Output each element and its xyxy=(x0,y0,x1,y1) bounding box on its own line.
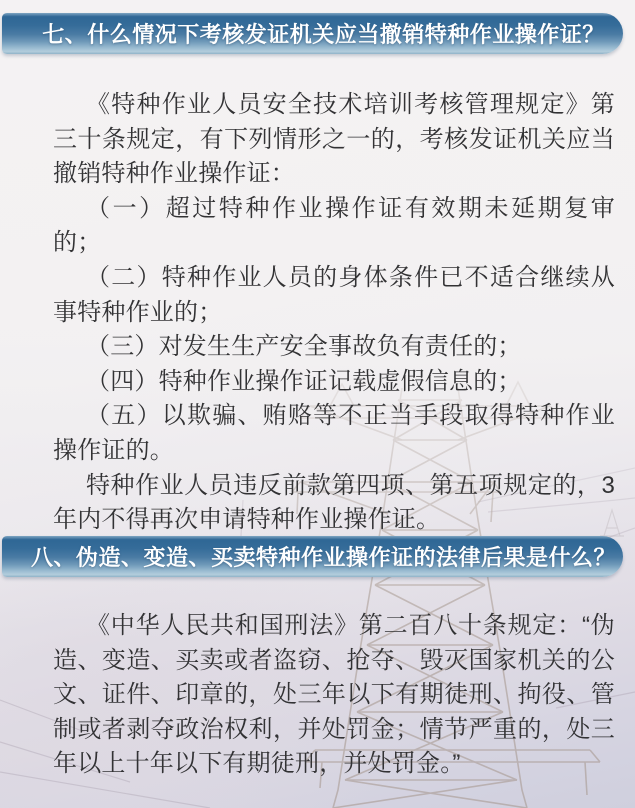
poster-page: 七、什么情况下考核发证机关应当撤销特种作业操作证？ 《特种作业人员安全技术培训考… xyxy=(0,0,635,808)
section-7-heading: 七、什么情况下考核发证机关应当撤销特种作业操作证？ xyxy=(42,18,605,49)
paragraph: 《中华人民共和国刑法》第二百八十条规定：“伪造、变造、买卖或者盗窃、抢夺、毁灭国… xyxy=(53,609,615,782)
paragraph: 《特种作业人员安全技术培训考核管理规定》第三十条规定，有下列情形之一的，考核发证… xyxy=(53,88,615,192)
list-item: （三）对发生生产安全事故负有责任的； xyxy=(53,330,615,365)
list-item: （二）特种作业人员的身体条件已不适合继续从事特种作业的； xyxy=(53,261,615,330)
section-8-heading-banner: 八、伪造、变造、买卖特种作业操作证的法律后果是什么？ xyxy=(2,536,623,577)
list-item: （一）超过特种作业操作证有效期未延期复审的； xyxy=(53,192,615,261)
section-8-body: 《中华人民共和国刑法》第二百八十条规定：“伪造、变造、买卖或者盗窃、抢夺、毁灭国… xyxy=(53,609,615,782)
section-8-heading: 八、伪造、变造、买卖特种作业操作证的法律后果是什么？ xyxy=(31,541,616,572)
list-item: （四）特种作业操作证记载虚假信息的； xyxy=(53,365,615,400)
paragraph: 特种作业人员违反前款第四项、第五项规定的，3年内不得再次申请特种作业操作证。 xyxy=(53,469,615,538)
section-7-heading-banner: 七、什么情况下考核发证机关应当撤销特种作业操作证？ xyxy=(2,13,623,54)
section-7-body: 《特种作业人员安全技术培训考核管理规定》第三十条规定，有下列情形之一的，考核发证… xyxy=(53,88,615,538)
list-item: （五）以欺骗、贿赂等不正当手段取得特种作业操作证的。 xyxy=(53,399,615,468)
